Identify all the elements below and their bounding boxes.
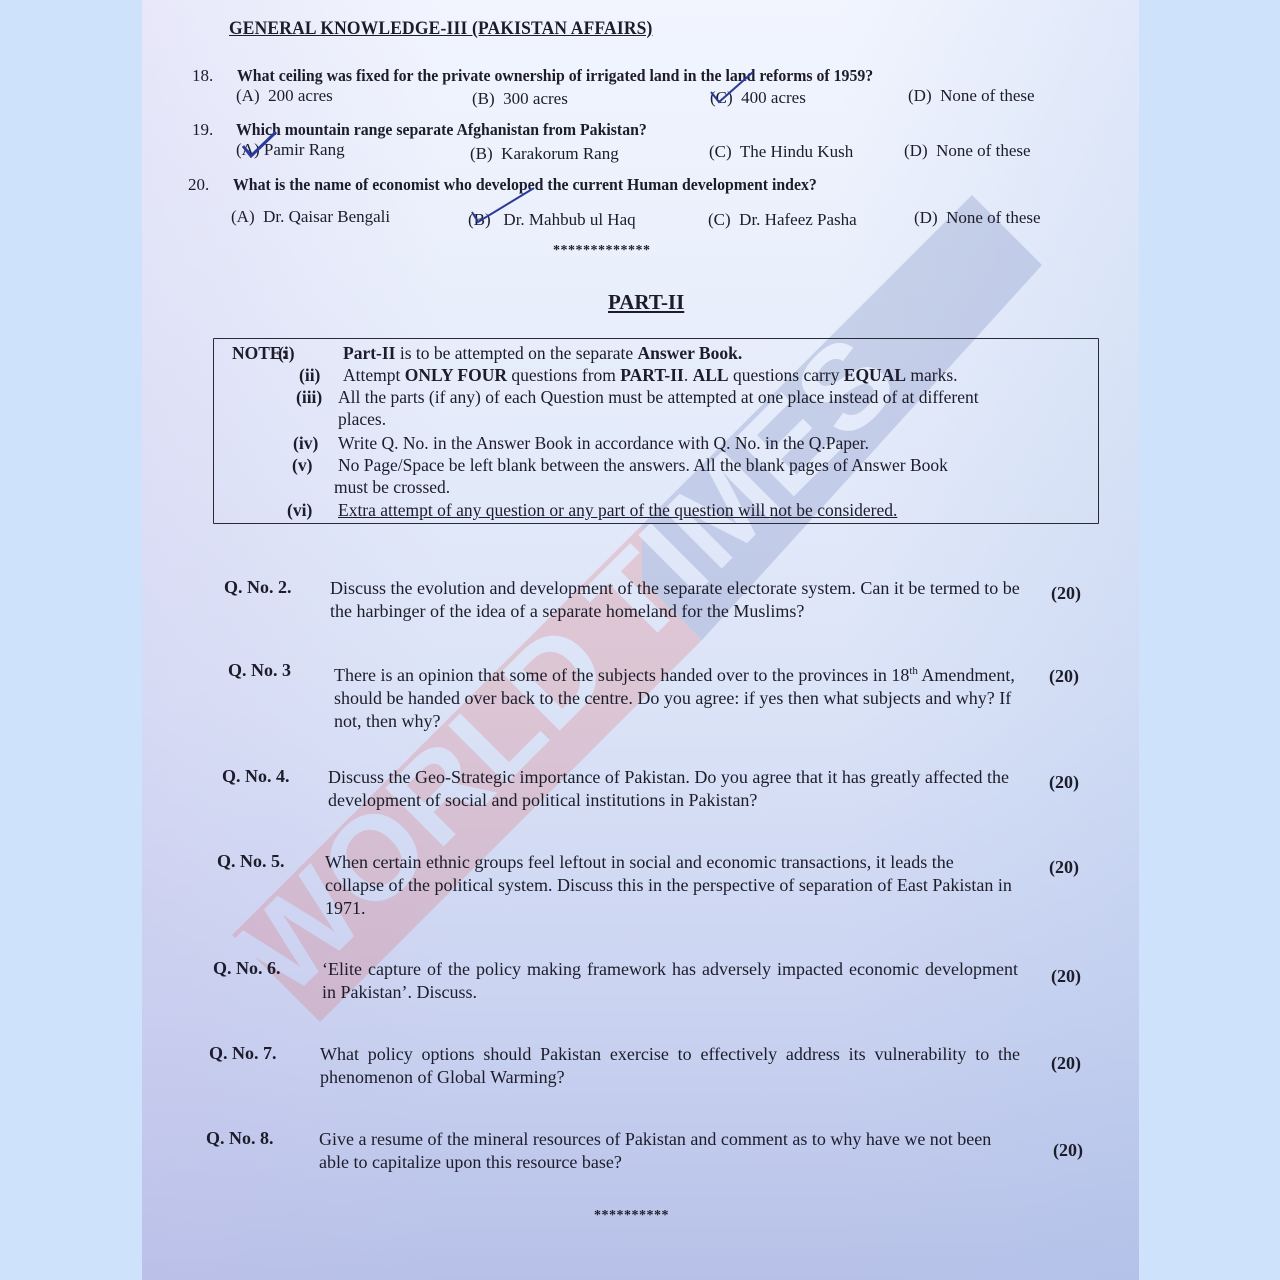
separator-stars: ************* bbox=[553, 243, 651, 259]
mcq-number: 20. bbox=[188, 175, 209, 195]
note-item-continuation: must be crossed. bbox=[334, 477, 450, 498]
option-d: (D) None of these bbox=[904, 141, 1031, 161]
paper-title: GENERAL KNOWLEDGE-III (PAKISTAN AFFAIRS) bbox=[229, 18, 653, 40]
question-text: Give a resume of the mineral resources o… bbox=[319, 1128, 1019, 1174]
note-item-text: No Page/Space be left blank between the … bbox=[338, 455, 948, 476]
separator-stars-end: ********** bbox=[594, 1208, 669, 1224]
note-item-number: (vi) bbox=[287, 500, 312, 521]
question-marks: (20) bbox=[1049, 772, 1079, 793]
question-marks: (20) bbox=[1051, 966, 1081, 987]
question-text: ‘Elite capture of the policy making fram… bbox=[322, 958, 1018, 1004]
question-number: Q. No. 3 bbox=[228, 660, 291, 681]
note-item-text: Extra attempt of any question or any par… bbox=[338, 500, 897, 521]
question-number: Q. No. 8. bbox=[206, 1128, 274, 1149]
question-number: Q. No. 5. bbox=[217, 851, 285, 872]
question-marks: (20) bbox=[1051, 583, 1081, 604]
pen-check-mark-icon bbox=[468, 184, 538, 228]
mcq-question: What ceiling was fixed for the private o… bbox=[237, 66, 873, 86]
exam-paper-page: WORLD TIMES GENERAL KNOWLEDGE-III (PAKIS… bbox=[142, 0, 1139, 1280]
question-number: Q. No. 2. bbox=[224, 577, 292, 598]
question-marks: (20) bbox=[1049, 857, 1079, 878]
note-item-number: (iv) bbox=[293, 433, 318, 454]
option-a: (A) 200 acres bbox=[236, 86, 333, 106]
mcq-question: Which mountain range separate Afghanista… bbox=[236, 120, 647, 140]
question-text: When certain ethnic groups feel leftout … bbox=[325, 851, 1017, 920]
option-d: (D) None of these bbox=[908, 86, 1035, 106]
pen-check-mark-icon bbox=[707, 68, 757, 108]
note-item-text: Attempt ONLY FOUR questions from PART-II… bbox=[343, 365, 958, 386]
question-number: Q. No. 7. bbox=[209, 1043, 277, 1064]
option-c: (C) Dr. Hafeez Pasha bbox=[708, 210, 857, 230]
question-marks: (20) bbox=[1049, 666, 1079, 687]
note-item-number: (i) bbox=[278, 343, 295, 364]
note-item-continuation: places. bbox=[338, 409, 386, 430]
note-item-text: Write Q. No. in the Answer Book in accor… bbox=[338, 433, 869, 454]
part-title: PART-II bbox=[608, 290, 684, 315]
question-text: Discuss the Geo-Strategic importance of … bbox=[328, 766, 1016, 812]
mcq-number: 19. bbox=[192, 120, 213, 140]
question-number: Q. No. 4. bbox=[222, 766, 290, 787]
question-text: What policy options should Pakistan exer… bbox=[320, 1043, 1020, 1089]
note-item-text: Part-II is to be attempted on the separa… bbox=[343, 343, 742, 364]
option-c: (C) The Hindu Kush bbox=[709, 142, 853, 162]
note-item-text: All the parts (if any) of each Question … bbox=[338, 387, 979, 408]
mcq-number: 18. bbox=[192, 66, 213, 86]
question-marks: (20) bbox=[1051, 1053, 1081, 1074]
pen-check-mark-icon bbox=[240, 128, 280, 160]
option-d: (D) None of these bbox=[914, 208, 1041, 228]
option-b: (B) Karakorum Rang bbox=[470, 144, 619, 164]
question-marks: (20) bbox=[1053, 1140, 1083, 1161]
option-b: (B) 300 acres bbox=[472, 89, 568, 109]
option-a: (A) Dr. Qaisar Bengali bbox=[231, 207, 390, 227]
note-item-number: (v) bbox=[292, 455, 312, 476]
question-text: There is an opinion that some of the sub… bbox=[334, 660, 1018, 733]
question-text: Discuss the evolution and development of… bbox=[330, 577, 1020, 623]
note-item-number: (iii) bbox=[296, 387, 322, 408]
note-item-number: (ii) bbox=[299, 365, 320, 386]
question-number: Q. No. 6. bbox=[213, 958, 281, 979]
